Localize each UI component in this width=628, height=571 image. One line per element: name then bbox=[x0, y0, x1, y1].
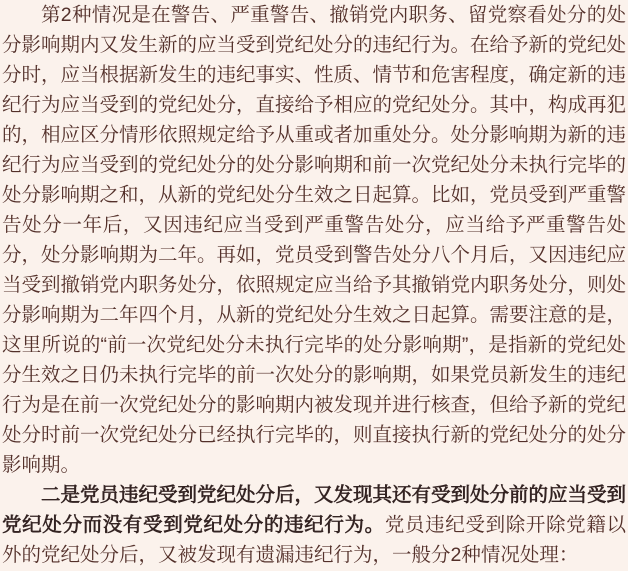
paragraph-second-point: 二是党员违纪受到党纪处分后，又发现其还有受到处分前的应当受到党纪处分而没有受到党… bbox=[2, 480, 626, 570]
document-body: 第2种情况是在警告、严重警告、撤销党内职务、留党察看处分的处分影响期内又发生新的… bbox=[0, 0, 628, 570]
paragraph-text: 第2种情况是在警告、严重警告、撤销党内职务、留党察看处分的处分影响期内又发生新的… bbox=[2, 4, 626, 476]
paragraph-second-situation: 第2种情况是在警告、严重警告、撤销党内职务、留党察看处分的处分影响期内又发生新的… bbox=[2, 0, 626, 480]
